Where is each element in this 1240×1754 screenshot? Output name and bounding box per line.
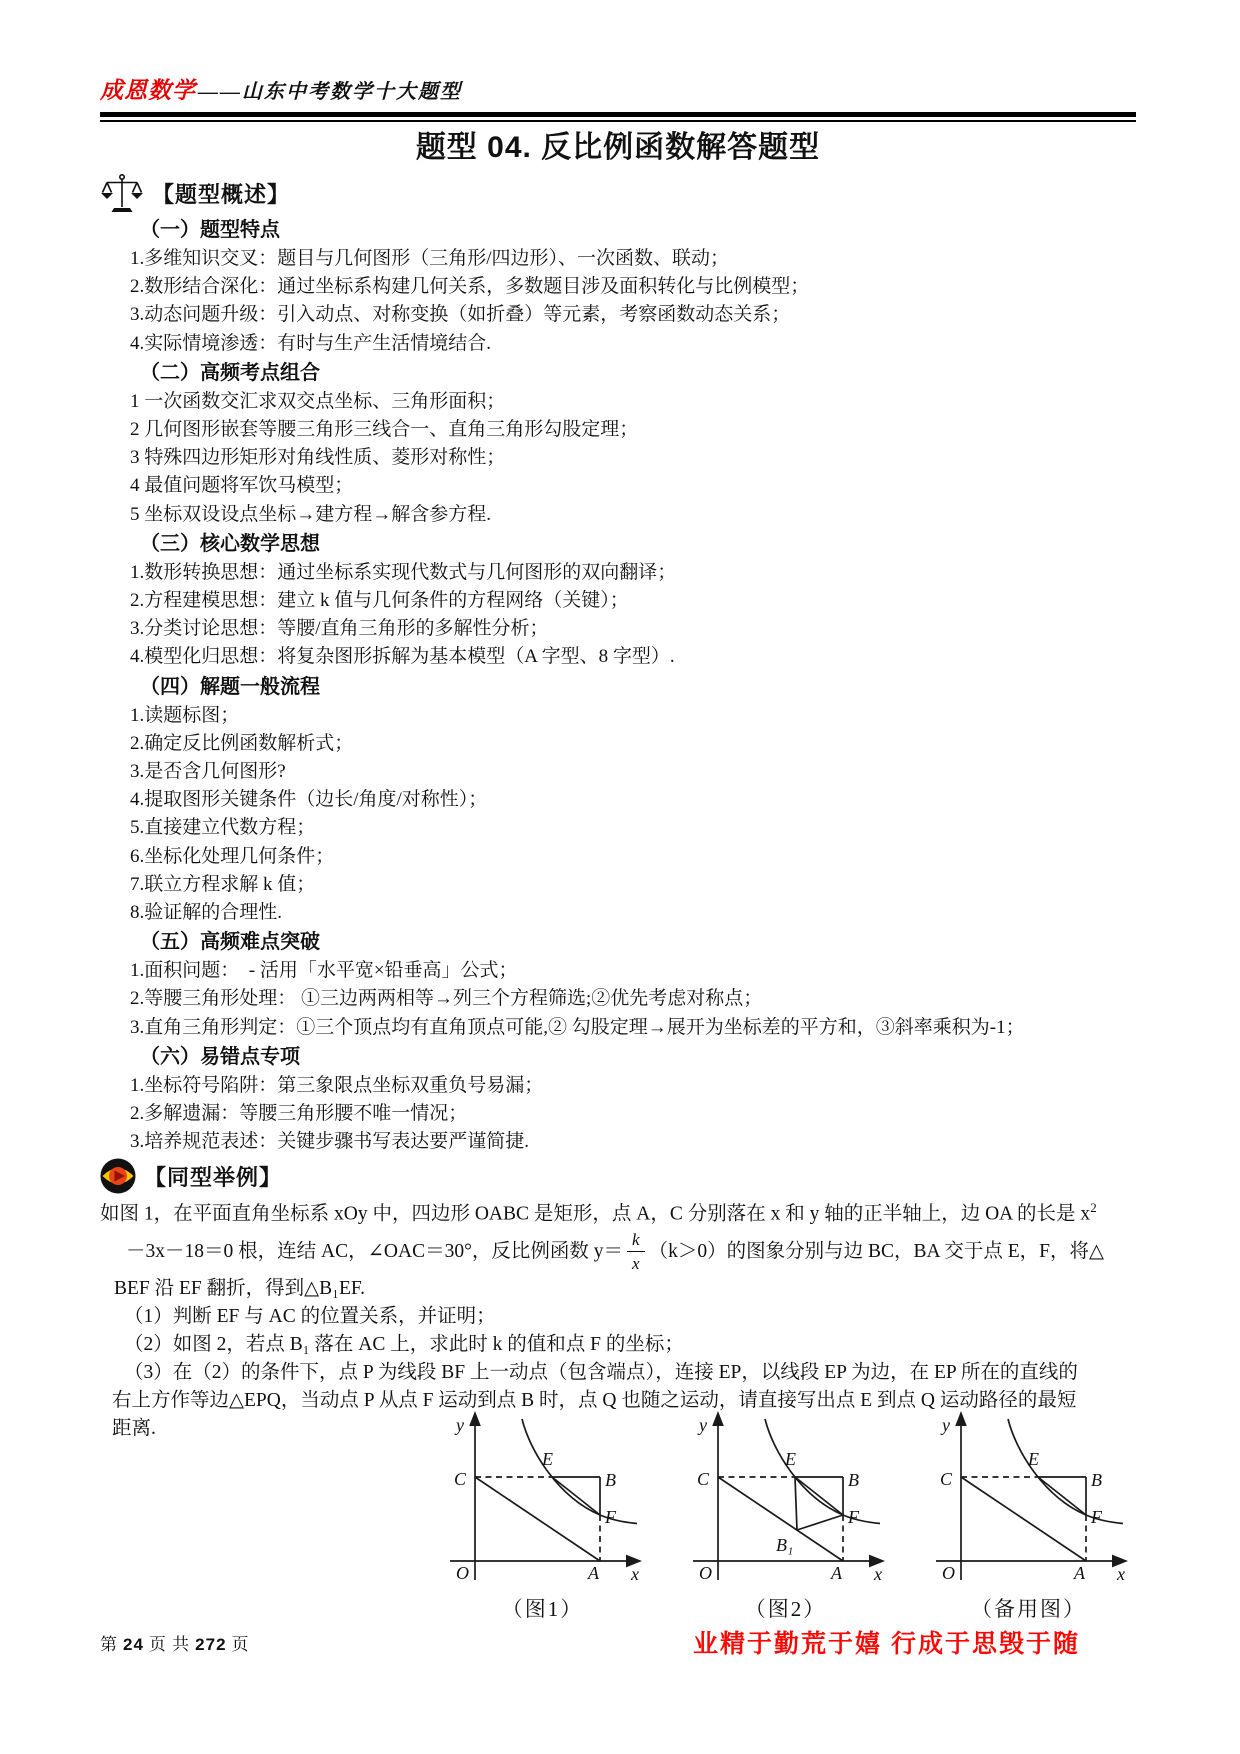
label-x-axis: x xyxy=(1116,1564,1125,1584)
label-y-axis: y xyxy=(940,1415,950,1435)
label-origin-O: O xyxy=(456,1563,469,1583)
example-heading-row: 【同型举例】 xyxy=(100,1158,1136,1194)
label-point-A: A xyxy=(1073,1563,1086,1583)
fraction-numerator: k xyxy=(627,1231,645,1251)
label-point-E: E xyxy=(1027,1449,1039,1469)
figure-spare-plot: y C E B F O A x xyxy=(916,1409,1141,1591)
figure-2-plot: y C E B F B₁ O A x xyxy=(673,1409,898,1591)
question-2: （2）如图 2，若点 B₁ 落在 AC 上，求此时 k 的值和点 F 的坐标； xyxy=(100,1331,1136,1359)
footer-motto: 业精于勤荒于嬉 行成于思毁于随 xyxy=(693,1624,1080,1660)
figure-1-plot: y C E B F O A x xyxy=(430,1409,655,1591)
label-point-B: B xyxy=(1091,1470,1102,1490)
section-item: 2 几何图形嵌套等腰三角形三线合一、直角三角形勾股定理； xyxy=(100,416,1136,444)
label-origin-O: O xyxy=(699,1563,712,1583)
page-title: 题型 04. 反比例函数解答题型 xyxy=(100,129,1136,167)
section-heading: （六）易错点专项 xyxy=(100,1042,1136,1072)
label-point-E: E xyxy=(784,1449,796,1469)
superscript: 2 xyxy=(1090,1200,1097,1215)
label-point-B1: B₁ xyxy=(776,1535,793,1555)
label-point-C: C xyxy=(940,1469,953,1489)
section-item: 2.等腰三角形处理： ①三边两两相等→列三个方程筛选;②优先考虑对称点； xyxy=(100,985,1136,1013)
label-x-axis: x xyxy=(873,1564,882,1584)
label-point-C: C xyxy=(697,1469,710,1489)
label-point-C: C xyxy=(454,1469,467,1489)
figure-spare: y C E B F O A x （备用图） xyxy=(916,1409,1141,1622)
overview-heading-row: 【题型概述】 xyxy=(100,171,1136,215)
question-1: （1）判断 EF 与 AC 的位置关系，并证明； xyxy=(100,1303,1136,1331)
section-item: 2.数形结合深化：通过坐标系构建几何关系，多数题目涉及面积转化与比例模型； xyxy=(100,273,1136,301)
label-point-E: E xyxy=(541,1449,553,1469)
figure-2-caption: （图2） xyxy=(673,1596,898,1622)
section-item: 1.读题标图； xyxy=(100,702,1136,730)
figure-2: y C E B F B₁ O A x （图2） xyxy=(673,1409,898,1622)
section-item: 1.坐标符号陷阱：第三象限点坐标双重负号易漏； xyxy=(100,1072,1136,1100)
label-point-B: B xyxy=(848,1470,859,1490)
problem-line-1: 如图 1，在平面直角坐标系 xOy 中，四边形 OABC 是矩形，点 A，C 分… xyxy=(100,1194,1136,1229)
label-x-axis: x xyxy=(630,1564,639,1584)
page-number: 第24页 共272页 xyxy=(100,1630,255,1655)
page-header: 成恩数学 ——山东中考数学十大题型 xyxy=(100,0,1136,105)
section-item: 1.面积问题： - 活用「水平宽×铅垂高」公式； xyxy=(100,957,1136,985)
section-heading: （四）解题一般流程 xyxy=(100,672,1136,702)
section-item: 4.实际情境渗透：有时与生产生活情境结合. xyxy=(100,330,1136,358)
section-item: 1.数形转换思想：通过坐标系实现代数式与几何图形的双向翻译； xyxy=(100,559,1136,587)
problem-line-2: －3x－18＝0 根，连结 AC，∠OAC＝30°，反比例函数 y＝ k x （… xyxy=(100,1229,1136,1275)
figure-spare-caption: （备用图） xyxy=(916,1596,1141,1622)
header-subtitle: ——山东中考数学十大题型 xyxy=(198,75,462,104)
label-point-A: A xyxy=(830,1563,843,1583)
header-rule-thick xyxy=(100,112,1136,117)
label-point-B: B xyxy=(605,1470,616,1490)
figure-1-caption: （图1） xyxy=(430,1596,655,1622)
section-item: 4.提取图形关键条件（边长/角度/对称性）； xyxy=(100,786,1136,814)
example-heading: 【同型举例】 xyxy=(144,1161,282,1192)
section-item: 3.是否含几何图形? xyxy=(100,758,1136,786)
section-item: 1 一次函数交汇求双交点坐标、三角形面积； xyxy=(100,388,1136,416)
section-item: 2.方程建模思想：建立 k 值与几何条件的方程网络（关键）； xyxy=(100,587,1136,615)
label-point-F: F xyxy=(847,1507,860,1527)
section-item: 4 最值问题将军饮马模型； xyxy=(100,472,1136,500)
section-heading: （五）高频难点突破 xyxy=(100,927,1136,957)
section-item: 3.培养规范表述：关键步骤书写表达要严谨简捷. xyxy=(100,1128,1136,1156)
target-play-icon xyxy=(100,1158,136,1194)
section-item: 5.直接建立代数方程； xyxy=(100,814,1136,842)
section-item: 7.联立方程求解 k 值； xyxy=(100,871,1136,899)
brand-logo: 成恩数学 xyxy=(100,72,196,105)
section-item: 3.分类讨论思想：等腰/直角三角形的多解性分析； xyxy=(100,615,1136,643)
label-point-F: F xyxy=(1090,1507,1103,1527)
section-item: 3 特殊四边形矩形对角线性质、菱形对称性； xyxy=(100,444,1136,472)
label-y-axis: y xyxy=(697,1415,707,1435)
section-item: 3.动态问题升级：引入动点、对称变换（如折叠）等元素，考察函数动态关系； xyxy=(100,301,1136,329)
label-point-F: F xyxy=(604,1507,617,1527)
section-item: 6.坐标化处理几何条件； xyxy=(100,843,1136,871)
section-heading: （二）高频考点组合 xyxy=(100,358,1136,388)
header-rule-thin xyxy=(100,120,1136,122)
section-item: 5 坐标双设设点坐标→建方程→解含参方程. xyxy=(100,501,1136,529)
section-heading: （三）核心数学思想 xyxy=(100,529,1136,559)
overview-sections: （一）题型特点 1.多维知识交叉：题目与几何图形（三角形/四边形）、一次函数、联… xyxy=(100,215,1136,1156)
figure-1: y C E B F O A x （图1） xyxy=(430,1409,655,1622)
section-item: 3.直角三角形判定：①三个顶点均有直角顶点可能,② 勾股定理→展开为坐标差的平方… xyxy=(100,1014,1136,1042)
section-item: 8.验证解的合理性. xyxy=(100,899,1136,927)
label-y-axis: y xyxy=(454,1415,464,1435)
section-item: 2.确定反比例函数解析式； xyxy=(100,730,1136,758)
fraction-denominator: x xyxy=(627,1251,645,1272)
figures-row: y C E B F O A x （图1） xyxy=(430,1409,1136,1622)
section-item: 1.多维知识交叉：题目与几何图形（三角形/四边形）、一次函数、联动； xyxy=(100,245,1136,273)
question-3-line-1: （3）在（2）的条件下，点 P 为线段 BF 上一动点（包含端点），连接 EP，… xyxy=(100,1359,1136,1387)
scales-icon xyxy=(100,172,144,214)
section-heading: （一）题型特点 xyxy=(100,215,1136,245)
problem-line-3: BEF 沿 EF 翻折，得到△B₁EF. xyxy=(100,1275,1136,1303)
section-item: 2.多解遗漏：等腰三角形腰不唯一情况； xyxy=(100,1100,1136,1128)
section-item: 4.模型化归思想：将复杂图形拆解为基本模型（A 字型、8 字型）. xyxy=(100,643,1136,671)
label-point-A: A xyxy=(587,1563,600,1583)
problem-statement: 如图 1，在平面直角坐标系 xOy 中，四边形 OABC 是矩形，点 A，C 分… xyxy=(100,1194,1136,1443)
page-footer: 第24页 共272页 业精于勤荒于嬉 行成于思毁于随 xyxy=(100,1624,1136,1660)
fraction-k-over-x: k x xyxy=(627,1231,645,1272)
label-origin-O: O xyxy=(942,1563,955,1583)
document-page: 成恩数学 ——山东中考数学十大题型 题型 04. 反比例函数解答题型 xyxy=(0,0,1240,1754)
overview-heading: 【题型概述】 xyxy=(152,178,290,209)
